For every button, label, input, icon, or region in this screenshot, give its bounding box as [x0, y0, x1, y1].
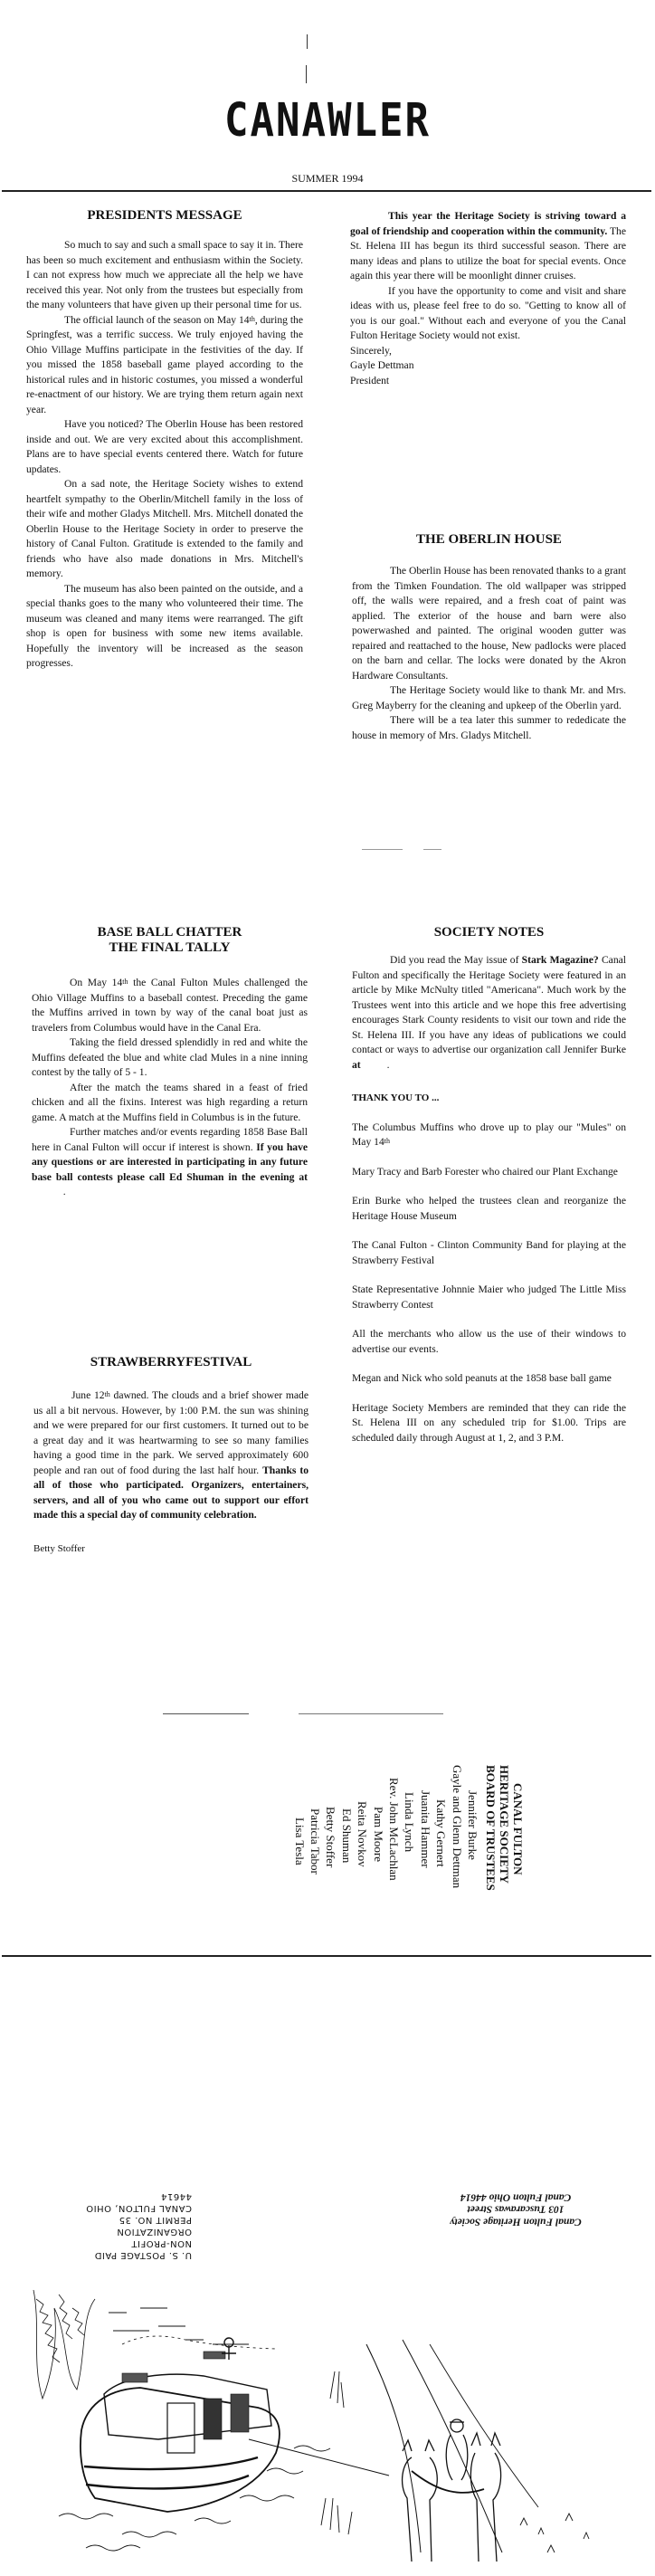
trustee-name: Patricia Tabor: [308, 1765, 323, 2037]
society-notes: SOCIETY NOTES Did you read the May issue…: [352, 925, 626, 1445]
thanks-item: The Columbus Muffins who drove up to pla…: [352, 1121, 626, 1150]
paragraph: So much to say and such a small space to…: [26, 238, 303, 313]
thanks-heading: THANK YOU TO ...: [352, 1091, 626, 1106]
thanks-item: All the merchants who allow us the use o…: [352, 1327, 626, 1357]
masthead-title: CANAWLER: [0, 94, 655, 148]
presidents-message-continued: This year the Heritage Society is strivi…: [350, 209, 626, 388]
trustee-name: Pam Moore: [370, 1765, 385, 2037]
trustee-name: Juanita Hammer: [417, 1765, 432, 2037]
oberlin-house-heading: THE OBERLIN HOUSE: [352, 532, 626, 548]
trustee-name: Linda Lynch: [402, 1765, 417, 2037]
thanks-item: State Representative Johnnie Maier who j…: [352, 1283, 626, 1312]
paragraph: Did you read the May issue of Stark Maga…: [352, 953, 626, 1073]
trustees-heading: HERITAGE SOCIETY: [498, 1765, 511, 2037]
masthead-rule: [2, 190, 651, 192]
scan-artifact-line: [299, 1713, 443, 1714]
signer-title: President: [350, 374, 626, 389]
paragraph: Further matches and/or events regarding …: [32, 1125, 308, 1200]
mule-team-icon: [403, 2419, 501, 2562]
strawberry-festival: STRAWBERRYFESTIVAL June 12th dawned. The…: [33, 1355, 309, 1556]
trustee-name: Ed Shuman: [338, 1765, 354, 2037]
oberlin-house: THE OBERLIN HOUSE The Oberlin House has …: [352, 532, 626, 743]
author: Betty Stoffer: [33, 1541, 309, 1557]
paragraph: June 12th dawned. The clouds and a brief…: [33, 1388, 309, 1523]
return-address-line: 103 Tuscarawas Street: [439, 2203, 593, 2216]
thanks-item: Erin Burke who helped the trustees clean…: [352, 1194, 626, 1224]
return-address-line: Canal Fulton Heritage Society: [439, 2215, 593, 2228]
crop-mark: [306, 65, 307, 83]
signer-name: Gayle Dettman: [350, 358, 626, 374]
permit-line: PERMIT NO. 35: [65, 2214, 192, 2226]
signoff: Sincerely,: [350, 344, 626, 359]
presidents-message: PRESIDENTS MESSAGE So much to say and su…: [26, 208, 303, 672]
paragraph: The museum has also been painted on the …: [26, 582, 303, 672]
tree-foliage-icon: [33, 2290, 95, 2399]
trustee-name: Lisa Tesla: [291, 1765, 307, 2037]
return-address-line: Canal Fulton Ohio 44614: [439, 2190, 593, 2203]
paragraph: If you have the opportunity to come and …: [350, 284, 626, 344]
trustee-name: Kathy Gernert: [433, 1765, 449, 2037]
presidents-message-heading: PRESIDENTS MESSAGE: [26, 208, 303, 224]
thanks-item: The Canal Fulton - Clinton Community Ban…: [352, 1238, 626, 1268]
paragraph: This year the Heritage Society is strivi…: [350, 209, 626, 284]
trustees-heading: BOARD OF TRUSTEES: [484, 1765, 498, 2037]
paragraph: The Heritage Society would like to thank…: [352, 683, 626, 713]
thanks-item: Megan and Nick who sold peanuts at the 1…: [352, 1371, 626, 1387]
issue-date: SUMMER 1994: [0, 172, 655, 186]
baseball-heading: BASE BALL CHATTERTHE FINAL TALLY: [32, 925, 308, 956]
paragraph: On May 14th the Canal Fulton Mules chall…: [32, 976, 308, 1035]
scan-artifact-line: [423, 849, 441, 850]
paragraph: The official launch of the season on May…: [26, 313, 303, 418]
scan-artifact-line: [163, 1713, 249, 1714]
trustee-name: Rev. John McLachlan: [386, 1765, 402, 2037]
paragraph: Taking the field dressed splendidly in r…: [32, 1035, 308, 1081]
paragraph: After the match the teams shared in a fe…: [32, 1081, 308, 1126]
society-notes-heading: SOCIETY NOTES: [352, 925, 626, 940]
paragraph: The Oberlin House has been renovated tha…: [352, 564, 626, 683]
paragraph: There will be a tea later this summer to…: [352, 713, 626, 743]
canal-boat-mule-illustration: [32, 2290, 629, 2562]
permit-line: NON-PROFIT ORGANIZATION: [65, 2226, 192, 2249]
postage-permit-indicia: U. S. POSTAGE PAID NON-PROFIT ORGANIZATI…: [65, 2190, 192, 2261]
board-of-trustees: CANAL FULTON HERITAGE SOCIETY BOARD OF T…: [190, 1774, 353, 2100]
reminder: Heritage Society Members are reminded th…: [352, 1401, 626, 1446]
trustee-name: Betty Stoffer: [323, 1765, 338, 2037]
permit-line: U. S. POSTAGE PAID: [65, 2249, 192, 2261]
trustee-name: Gayle and Glenn Dettman: [449, 1765, 464, 2037]
crop-mark: [307, 34, 308, 49]
return-address: Canal Fulton Heritage Society 103 Tuscar…: [439, 2190, 593, 2228]
scan-artifact-line: [362, 849, 403, 850]
thanks-item: Mary Tracy and Barb Forester who chaired…: [352, 1165, 626, 1180]
paragraph: Have you noticed? The Oberlin House has …: [26, 417, 303, 477]
strawberry-heading: STRAWBERRYFESTIVAL: [33, 1355, 309, 1370]
trustee-name: Reita Novkov: [355, 1765, 370, 2037]
trustee-name: Jennifer Burke: [465, 1765, 480, 2037]
fold-rule: [2, 1955, 651, 1957]
paragraph: On a sad note, the Heritage Society wish…: [26, 477, 303, 582]
baseball-chatter: BASE BALL CHATTERTHE FINAL TALLY On May …: [32, 925, 308, 1200]
trustees-heading: CANAL FULTON: [511, 1765, 525, 2037]
permit-line: CANAL FULTON, OHIO 44614: [65, 2190, 192, 2214]
